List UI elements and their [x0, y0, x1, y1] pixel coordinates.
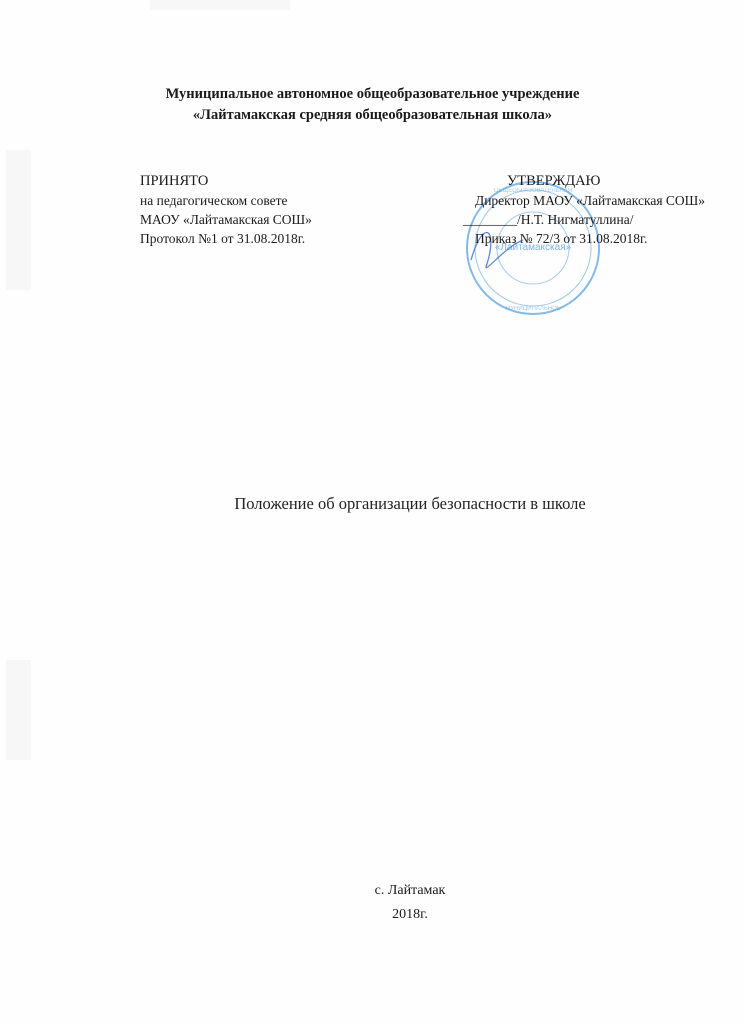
approved-block: УТВЕРЖДАЮ Директор МАОУ «Лайтамакская СО…: [475, 172, 705, 248]
approved-heading: УТВЕРЖДАЮ: [475, 172, 705, 191]
accepted-org: МАОУ «Лайтамакская СОШ»: [140, 210, 312, 229]
approved-director: Директор МАОУ «Лайтамакская СОШ»: [475, 191, 705, 210]
school-name: «Лайтамакская средняя общеобразовательна…: [0, 107, 745, 124]
approved-order: Приказ № 72/3 от 31.08.2018г.: [475, 229, 705, 248]
accepted-protocol: Протокол №1 от 31.08.2018г.: [140, 229, 312, 248]
institution-name: Муниципальное автономное общеобразовател…: [0, 86, 745, 103]
accepted-council: на педагогическом совете: [140, 191, 312, 210]
approved-signature: ________/Н.Т. Нигматуллина/: [463, 210, 705, 229]
scan-artifact: [150, 0, 290, 10]
document-title: Положение об организации безопасности в …: [0, 494, 745, 514]
place-name: с. Лайтамак: [0, 883, 745, 899]
accepted-block: ПРИНЯТО на педагогическом совете МАОУ «Л…: [140, 172, 312, 248]
year: 2018г.: [0, 907, 745, 923]
accepted-heading: ПРИНЯТО: [140, 172, 312, 191]
scan-artifact: [6, 150, 31, 290]
scan-artifact: [6, 660, 31, 760]
svg-text:МУНИЦИПАЛЬНОЕ: МУНИЦИПАЛЬНОЕ: [505, 306, 561, 312]
